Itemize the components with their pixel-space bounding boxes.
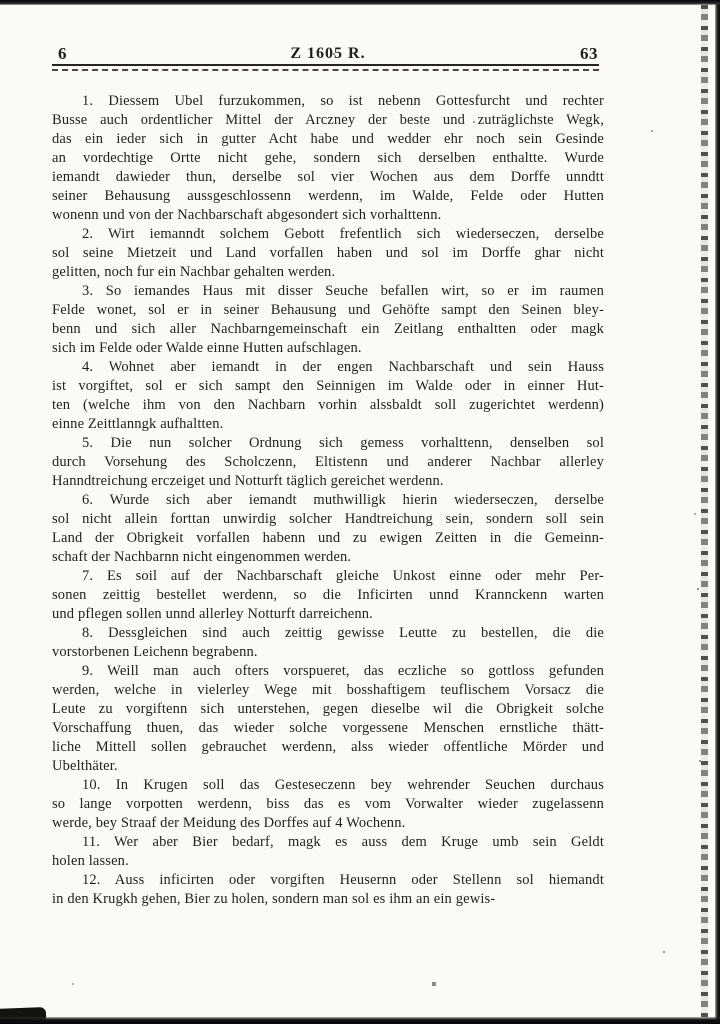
paragraph-line: iemandt dawieder thun, derselbe sol vier…	[52, 168, 604, 187]
text-block: 1. Diessem Ubel furzukommen, so ist nebe…	[52, 92, 604, 909]
paragraph-line: in den Krugkh gehen, Bier zu holen, sond…	[52, 890, 604, 909]
paragraph-line: wonenn und von der Nachbarschaft abgeson…	[52, 206, 604, 225]
paragraph-11: 11. Wer aber Bier bedarf, magk es auss d…	[52, 833, 604, 871]
paragraph-line: Ubelthäter.	[52, 757, 604, 776]
paragraph-9: 9. Weill man auch ofters vorspueret, das…	[52, 662, 604, 776]
page-header: 6 Z 1605 R. 63	[52, 44, 604, 64]
page-number-right: 63	[580, 44, 598, 64]
paragraph-line: 10. In Krugen soll das Gesteseczenn bey …	[52, 776, 604, 795]
paragraph-line: 12. Auss inficirten oder vorgiften Heuse…	[52, 871, 604, 890]
paragraph-line: und pflegen sollen unnd allerley Notturf…	[52, 605, 604, 624]
paragraph-line: das ein ieder sich in gutter Acht habe u…	[52, 130, 604, 149]
paragraph-line: einne Zeittlanngk aufhaltten.	[52, 415, 604, 434]
paragraph-line: 3. So iemandes Haus mit disser Seuche be…	[52, 282, 604, 301]
header-double-rule	[52, 64, 599, 71]
scanned-book-page: 6 Z 1605 R. 63 1. Diessem Ubel furzukomm…	[0, 0, 720, 1024]
paragraph-line: 9. Weill man auch ofters vorspueret, das…	[52, 662, 604, 681]
page-edge-shadow-bottom	[0, 1017, 720, 1024]
page-edge-shadow-right	[715, 0, 720, 1024]
paragraph-line: so lange vorpotten werdenn, biss das es …	[52, 795, 604, 814]
paragraph-line: 8. Dessgleichen sind auch zeittig gewiss…	[52, 624, 604, 643]
paragraph-line: ten (welche ihm von den Nachbarn vorhin …	[52, 396, 604, 415]
paragraph-line: 11. Wer aber Bier bedarf, magk es auss d…	[52, 833, 604, 852]
paragraph-line: Vorschaffung thuen, das wieder solche vo…	[52, 719, 604, 738]
paragraph-8: 8. Dessgleichen sind auch zeittig gewiss…	[52, 624, 604, 662]
paragraph-line: sol nicht allein forttan unwirdig solche…	[52, 510, 604, 529]
binding-shadow-texture	[701, 5, 708, 1017]
paragraph-line: Land der Obrigkeit vorfallen habenn und …	[52, 529, 604, 548]
paragraph-line: Leute zu vorgiftenn sich unterstehen, ge…	[52, 700, 604, 719]
paragraph-line: 2. Wirt iemanndt solchem Gebott frefentl…	[52, 225, 604, 244]
paragraph-line: 7. Es soil auf der Nachbarschaft gleiche…	[52, 567, 604, 586]
paragraph-line: sich im Felde oder Walde einne Hutten au…	[52, 339, 604, 358]
paragraph-line: 4. Wohnet aber iemandt in der engen Nach…	[52, 358, 604, 377]
paragraph-line: 1. Diessem Ubel furzukommen, so ist nebe…	[52, 92, 604, 111]
paragraph-line: seiner Behausung aussgeschlossenn werden…	[52, 187, 604, 206]
paragraph-line: liche Mittell sollen gebrauchet werdenn,…	[52, 738, 604, 757]
paragraph-line: 6. Wurde sich aber iemandt muthwilligk h…	[52, 491, 604, 510]
paragraph-line: Busse auch ordentlicher Mittel der Arczn…	[52, 111, 604, 130]
paragraph-12: 12. Auss inficirten oder vorgiften Heuse…	[52, 871, 604, 909]
paragraph-4: 4. Wohnet aber iemandt in der engen Nach…	[52, 358, 604, 434]
paragraph-3: 3. So iemandes Haus mit disser Seuche be…	[52, 282, 604, 358]
running-title: Z 1605 R.	[52, 45, 604, 63]
paragraph-2: 2. Wirt iemanndt solchem Gebott frefentl…	[52, 225, 604, 282]
page-edge-shadow-top	[0, 0, 720, 5]
paragraph-line: werde, bey Straaf der Meidung des Dorffe…	[52, 814, 604, 833]
paragraph-line: schaft der Nachbarnn nicht eingenommen w…	[52, 548, 604, 567]
paragraph-line: durch Vorsehung des Scholczenn, Eltisten…	[52, 453, 604, 472]
paragraph-7: 7. Es soil auf der Nachbarschaft gleiche…	[52, 567, 604, 624]
paragraph-1: 1. Diessem Ubel furzukommen, so ist nebe…	[52, 92, 604, 225]
paragraph-line: ist vorgiftet, sol er sich sampt den Sei…	[52, 377, 604, 396]
paragraph-line: sonen zeittig bestellet werdenn, so die …	[52, 586, 604, 605]
paragraph-5: 5. Die nun solcher Ordnung sich gemess v…	[52, 434, 604, 491]
paragraph-line: 5. Die nun solcher Ordnung sich gemess v…	[52, 434, 604, 453]
paragraph-line: vorstorbenen Leichenn begrabenn.	[52, 643, 604, 662]
paragraph-line: benn und sich aller Nachbarngemeinschaft…	[52, 320, 604, 339]
paragraph-line: an vordechtige Ortte nicht gehe, sondern…	[52, 149, 604, 168]
paragraph-line: holen lassen.	[52, 852, 604, 871]
paragraph-line: werden, welche in vielerley Wege mit bos…	[52, 681, 604, 700]
paragraph-line: Hanndtreichung erczeiget und Notturft tä…	[52, 472, 604, 491]
paragraph-line: gelitten, noch fur ein Nachbar gehalten …	[52, 263, 604, 282]
paragraph-line: Felde wonet, sol er in seiner Behausung …	[52, 301, 604, 320]
paragraph-10: 10. In Krugen soll das Gesteseczenn bey …	[52, 776, 604, 833]
paragraph-6: 6. Wurde sich aber iemandt muthwilligk h…	[52, 491, 604, 567]
paragraph-line: sol seine Mietzeit und Land vorfallen ha…	[52, 244, 604, 263]
